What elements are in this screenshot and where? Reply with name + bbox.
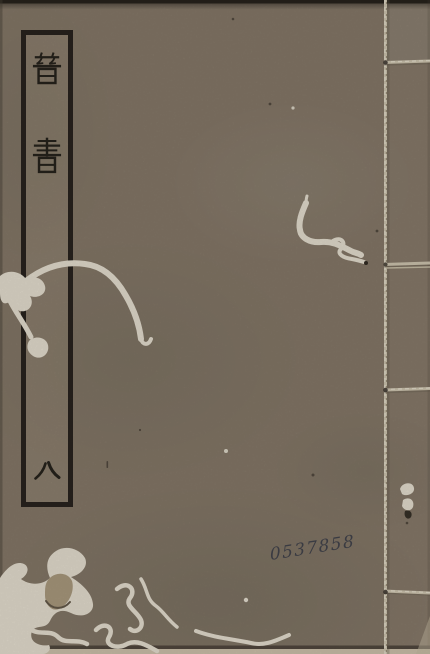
volume-char-ba bbox=[33, 461, 61, 481]
title-char-jin bbox=[32, 51, 62, 85]
book-cover: 晉書 0537858 bbox=[0, 0, 430, 654]
title-char-shu bbox=[32, 137, 62, 174]
title-label bbox=[21, 30, 73, 507]
